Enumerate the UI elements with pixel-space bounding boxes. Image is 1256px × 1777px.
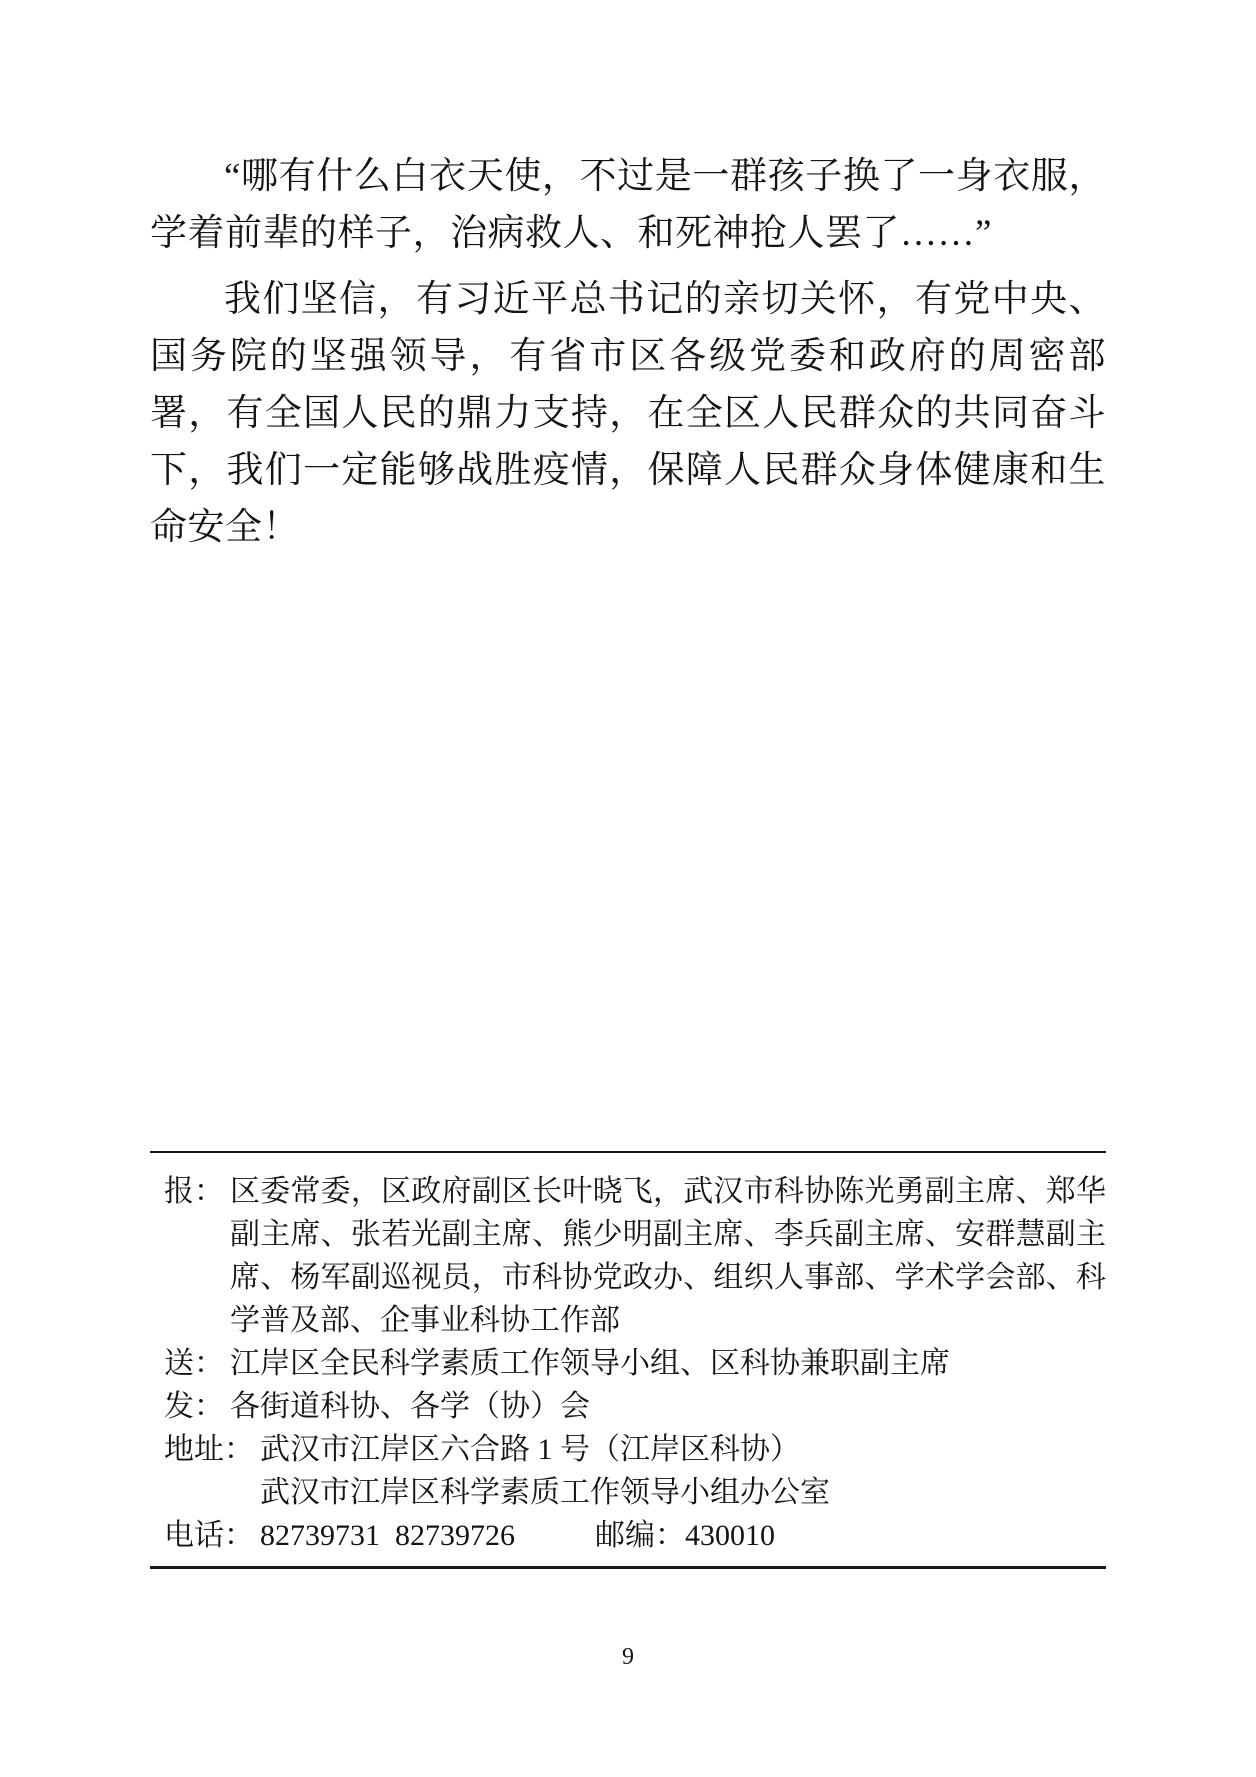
- page-number: 9: [0, 1642, 1256, 1672]
- send-content: 江岸区全民科学素质工作领导小组、区科协兼职副主席: [230, 1342, 1106, 1385]
- postal-label: 邮编：: [595, 1519, 685, 1552]
- body-paragraph-quote: “哪有什么白衣天使，不过是一群孩子换了一身衣服，学着前辈的样子，治病救人、和死神…: [150, 148, 1106, 262]
- send-label: 送：: [164, 1342, 224, 1385]
- phone-content: 82739731 82739726邮编：430010: [260, 1514, 1106, 1557]
- footer-entry-issue: 发： 各街道科协、各学（协）会: [150, 1385, 1106, 1428]
- phone-label: 电话：: [164, 1514, 254, 1557]
- issue-content: 各街道科协、各学（协）会: [230, 1385, 1106, 1428]
- address-label: 地址：: [164, 1428, 254, 1471]
- address-line-2: 武汉市江岸区科学素质工作领导小组办公室: [260, 1471, 1106, 1514]
- address-line-1: 武汉市江岸区六合路 1 号（江岸区科协）: [260, 1428, 1106, 1471]
- address-content: 武汉市江岸区六合路 1 号（江岸区科协） 武汉市江岸区科学素质工作领导小组办公室: [260, 1428, 1106, 1514]
- postal-group: 邮编：430010: [595, 1519, 775, 1552]
- body-text: “哪有什么白衣天使，不过是一群孩子换了一身衣服，学着前辈的样子，治病救人、和死神…: [150, 148, 1106, 565]
- phone-numbers: 82739731 82739726: [260, 1519, 515, 1552]
- footer-entry-phone: 电话： 82739731 82739726邮编：430010: [150, 1514, 1106, 1557]
- report-content: 区委常委，区政府副区长叶晓飞，武汉市科协陈光勇副主席、郑华副主席、张若光副主席、…: [230, 1170, 1106, 1342]
- distribution-footer: 报： 区委常委，区政府副区长叶晓飞，武汉市科协陈光勇副主席、郑华副主席、张若光副…: [150, 1151, 1106, 1569]
- issue-label: 发：: [164, 1385, 224, 1428]
- postal-value: 430010: [685, 1519, 775, 1552]
- report-label: 报：: [164, 1170, 224, 1213]
- document-page: “哪有什么白衣天使，不过是一群孩子换了一身衣服，学着前辈的样子，治病救人、和死神…: [0, 0, 1256, 1777]
- footer-entry-report: 报： 区委常委，区政府副区长叶晓飞，武汉市科协陈光勇副主席、郑华副主席、张若光副…: [150, 1170, 1106, 1342]
- footer-entry-send: 送： 江岸区全民科学素质工作领导小组、区科协兼职副主席: [150, 1342, 1106, 1385]
- footer-entry-address: 地址： 武汉市江岸区六合路 1 号（江岸区科协） 武汉市江岸区科学素质工作领导小…: [150, 1428, 1106, 1514]
- body-paragraph-conclusion: 我们坚信，有习近平总书记的亲切关怀，有党中央、国务院的坚强领导，有省市区各级党委…: [150, 271, 1106, 556]
